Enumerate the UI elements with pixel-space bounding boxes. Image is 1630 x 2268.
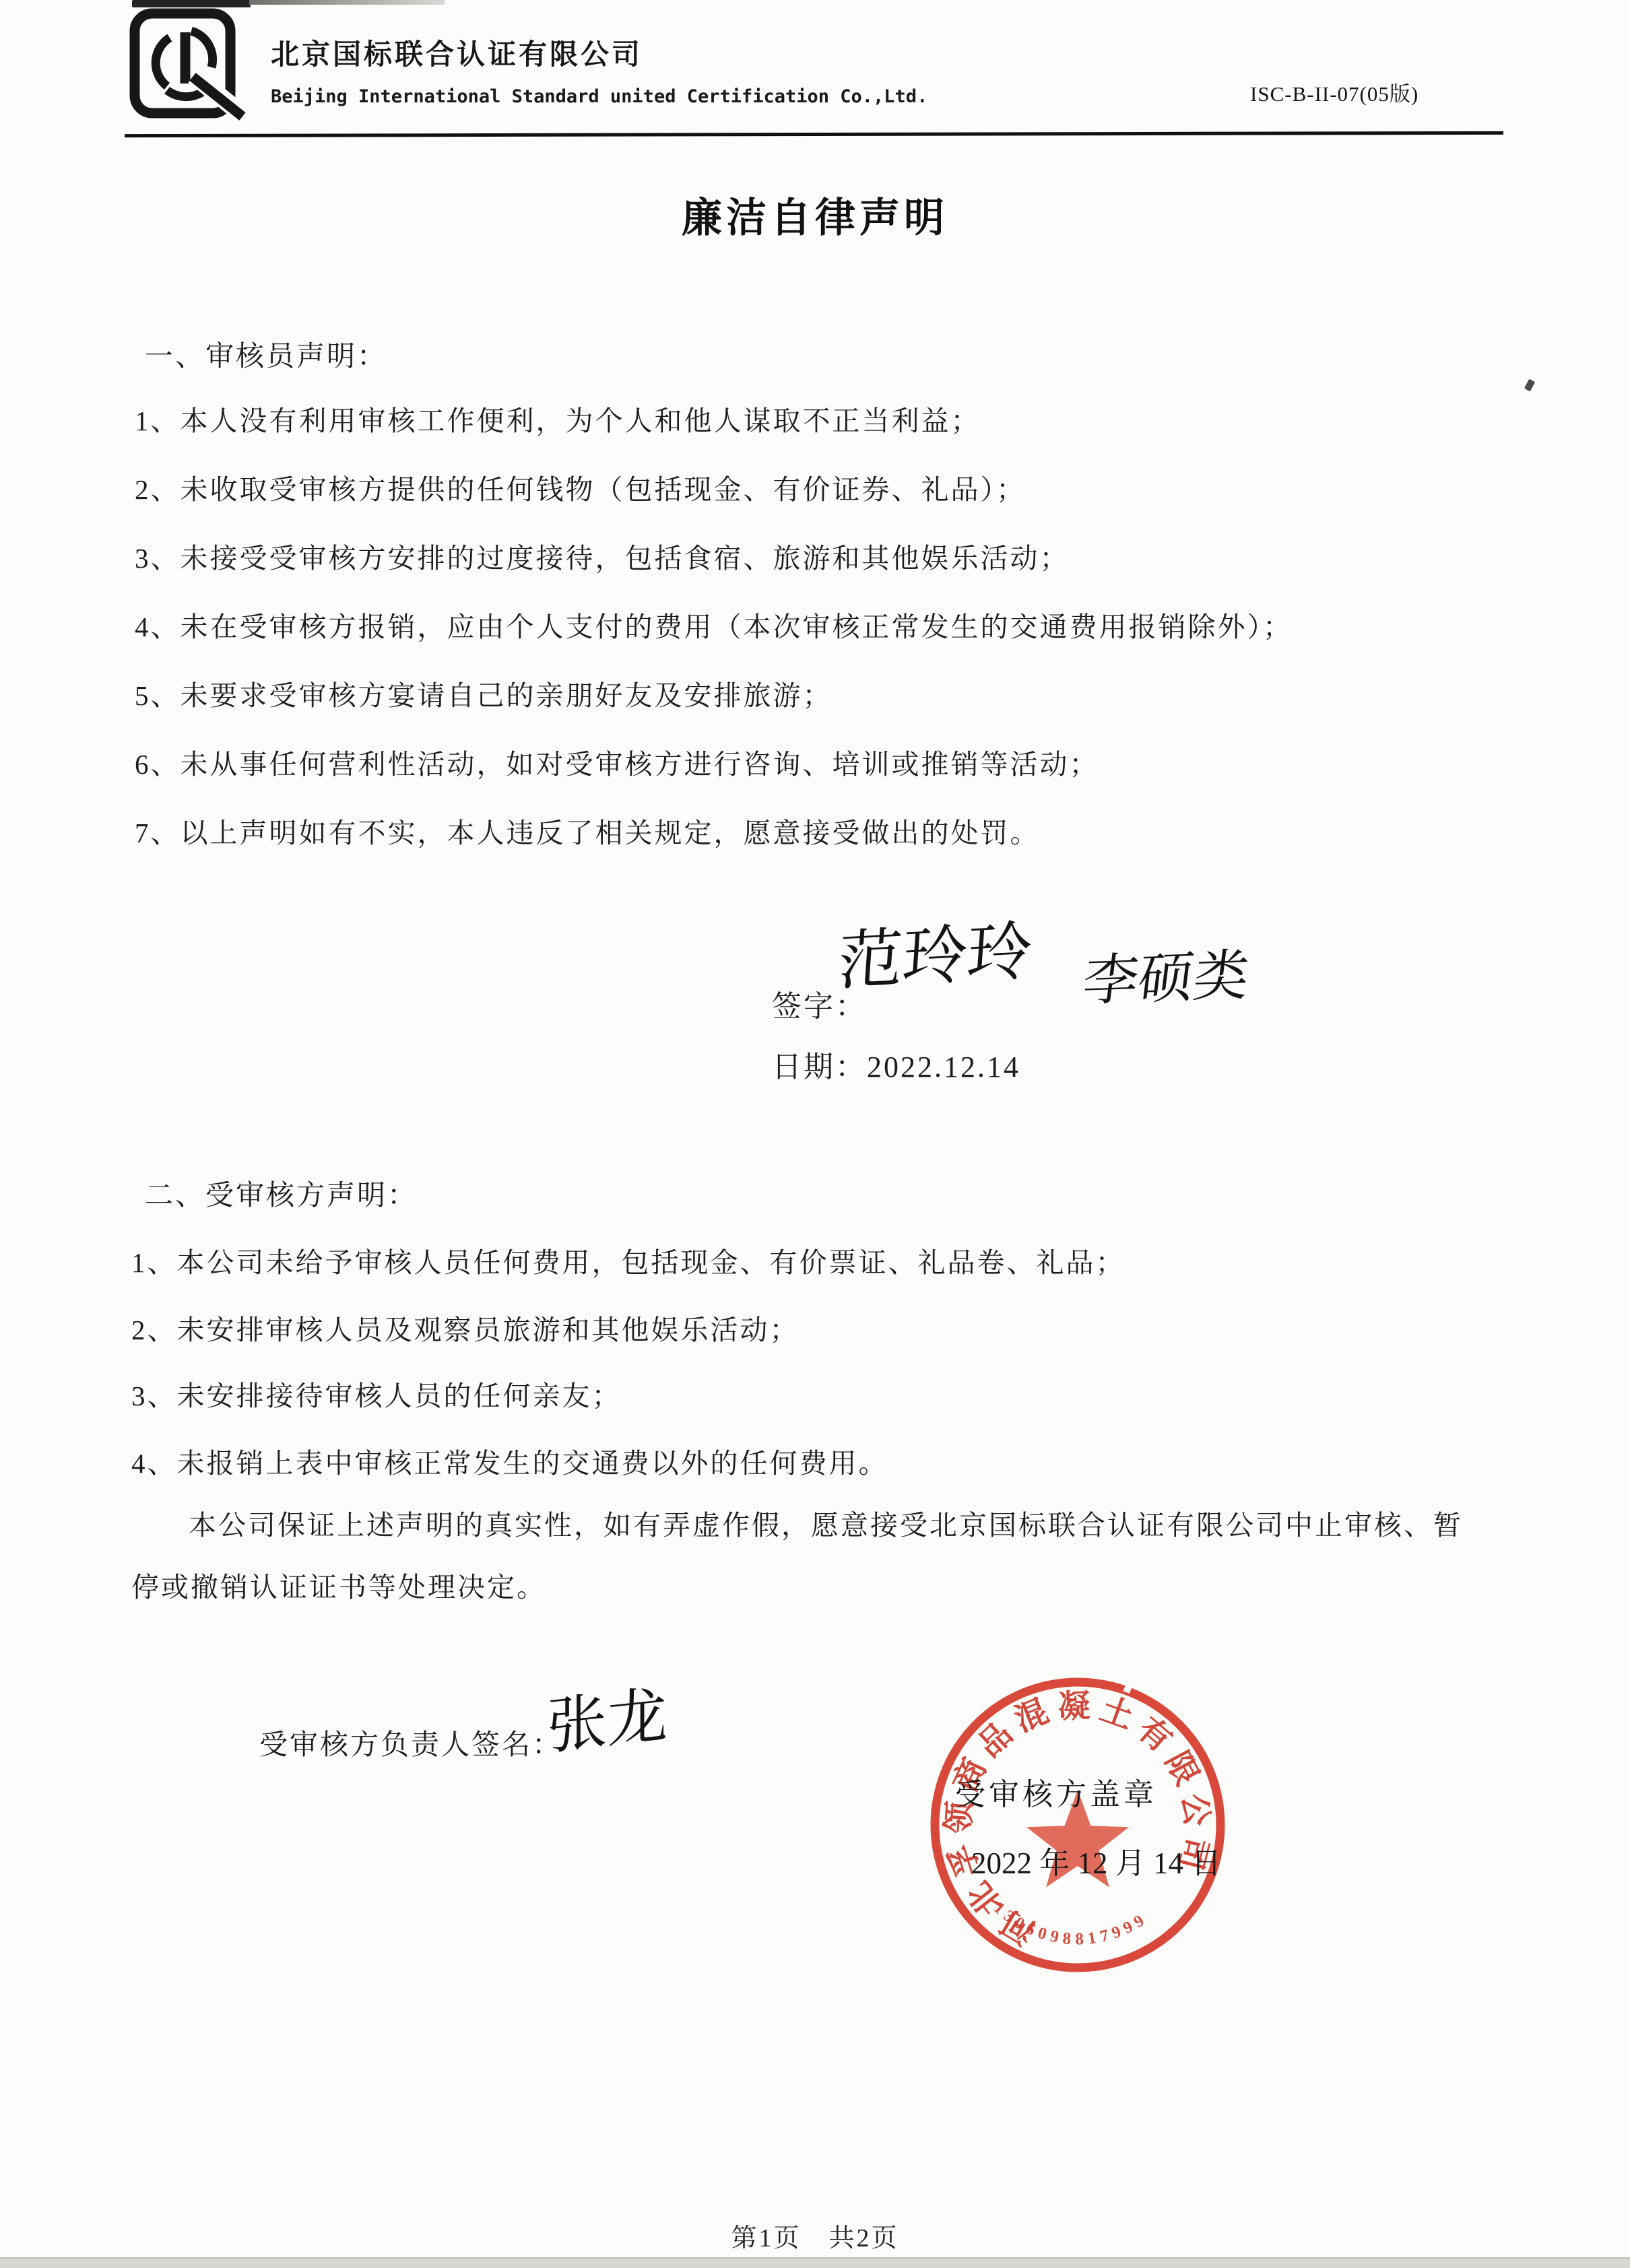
auditee-item-1: 1、本公司未给予审核人员任何费用，包括现金、有价票证、礼品卷、礼品； [131,1240,1126,1280]
auditee-signer-label: 受审核方负责人签名： [259,1723,562,1763]
auditor-item-5: 5、未要求受审核方宴请自己的亲朋好友及安排旅游； [135,673,833,713]
auditee-closing-line-1: 本公司保证上述声明的真实性，如有弄虚作假，愿意接受北京国标联合认证有限公司中止审… [189,1503,1463,1543]
auditee-closing-line-2: 停或撤销认证证书等处理决定。 [131,1565,546,1605]
auditor-item-2: 2、未收取受审核方提供的任何钱物（包括现金、有价证券、礼品）； [135,467,1026,507]
seal-overlay-date: 2022 年 12 月 14 日 [971,1838,1221,1882]
auditor-item-4: 4、未在受审核方报销，应由个人支付的费用（本次审核正常发生的交通费用报销除外）； [135,605,1293,644]
auditor-date-value: 2022.12.14 [867,1050,1020,1083]
auditor-item-6: 6、未从事任何营利性活动，如对受审核方进行咨询、培训或推销等活动； [135,742,1099,782]
page-number-indicator: 第1页 共2页 [0,2217,1630,2254]
company-logo-icon [128,5,253,121]
auditee-item-3: 3、未安排接待审核人员的任何亲友； [131,1374,622,1413]
auditee-item-2: 2、未安排审核人员及观察员旅游和其他娱乐活动； [131,1308,800,1347]
company-name-chinese: 北京国标联合认证有限公司 [271,32,643,73]
auditor-signature-1: 范玲玲 [835,900,1035,1003]
auditor-date-label: 日期： [772,1050,867,1083]
scan-artifact-top-fade [249,0,445,5]
header-divider-rule [125,131,1503,137]
document-title: 廉洁自律声明 [0,186,1630,244]
auditor-item-3: 3、未接受受审核方安排的过度接待，包括食宿、旅游和其他娱乐活动； [135,536,1070,576]
seal-overlay-label: 受审核方盖章 [955,1770,1157,1813]
auditee-item-4: 4、未报销上表中审核正常发生的交通费以外的任何费用。 [131,1441,888,1481]
auditee-declaration-heading: 二、受审核方声明： [145,1173,418,1213]
form-number: ISC-B-II-07(05版) [1250,77,1419,107]
company-seal-stamp: 河北孚领商品混凝土有限公司 1306098817999 [927,1674,1229,1976]
auditor-item-1: 1、本人没有利用审核工作便利，为个人和他人谋取不正当利益； [135,399,981,438]
auditor-signature-2: 李硕类 [1079,931,1254,1016]
auditor-date-line: 日期：2022.12.14 [772,1042,1020,1086]
company-name-english: Beijing International Standard united Ce… [271,86,927,107]
auditee-signer-signature: 张龙 [547,1665,667,1766]
auditor-item-7: 7、以上声明如有不实，本人违反了相关规定，愿意接受做出的处罚。 [135,811,1040,850]
scan-artifact-bottom-band [0,2257,1630,2268]
scan-artifact-speck [1524,379,1535,392]
auditor-declaration-heading: 一、审核员声明： [145,334,387,374]
scanned-document-page: 北京国标联合认证有限公司 Beijing International Stand… [0,0,1630,2268]
